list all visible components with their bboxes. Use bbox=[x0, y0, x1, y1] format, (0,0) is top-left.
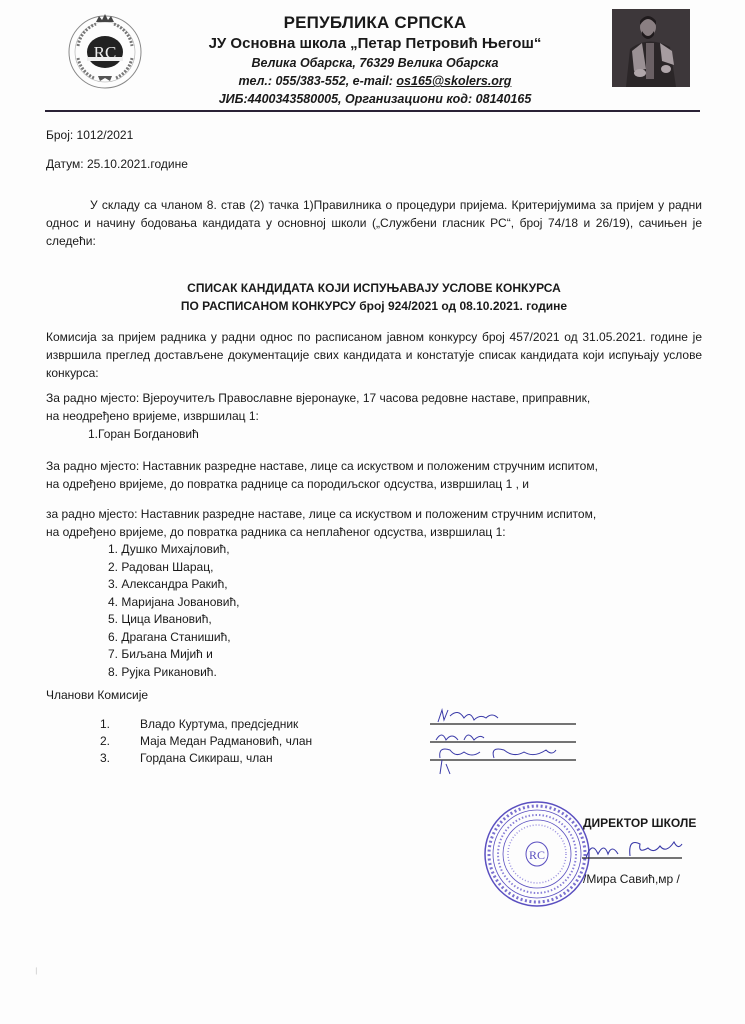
school-stamp-icon: RC bbox=[483, 800, 591, 908]
svg-text:RC: RC bbox=[94, 43, 117, 62]
candidate-item: 4. Маријана Јовановић, bbox=[108, 594, 239, 612]
intro-text: У складу са чланом 8. став (2) тачка 1)П… bbox=[46, 198, 702, 248]
candidate-item: 8. Рујка Рикановић. bbox=[108, 664, 239, 682]
position-1-terms: на неодређено вријеме, извршилац 1: bbox=[46, 407, 686, 425]
director-name: /Мира Савић,мр / bbox=[583, 872, 680, 886]
email-link[interactable]: os165@skolers.org bbox=[396, 74, 511, 88]
scan-artifact: ▏ bbox=[36, 968, 41, 975]
member-item: 1.Владо Куртума, предсједник bbox=[100, 716, 312, 733]
position-3-terms: на одређено вријеме, до повратка радника… bbox=[46, 523, 686, 541]
member-name: Маја Медан Радмановић, члан bbox=[140, 734, 312, 748]
document-date: Датум: 25.10.2021.године bbox=[46, 155, 188, 173]
candidate-item: 1.Горан Богдановић bbox=[46, 425, 686, 443]
commission-members-list: 1.Владо Куртума, предсједник 2.Маја Меда… bbox=[100, 716, 312, 767]
candidate-item: 3. Александра Ракић, bbox=[108, 576, 239, 594]
document-number: Број: 1012/2021 bbox=[46, 126, 133, 144]
position-3: за радно мјесто: Наставник разредне наст… bbox=[46, 505, 686, 541]
heading-line-2: ПО РАСПИСАНОМ КОНКУРСУ број 924/2021 од … bbox=[46, 297, 702, 315]
position-1: За радно мјесто: Вјероучитељ Православне… bbox=[46, 389, 686, 443]
candidate-item: 6. Драгана Станишић, bbox=[108, 629, 239, 647]
school-contact: тел.: 055/383-552, e-mail: os165@skolers… bbox=[160, 72, 590, 90]
njegos-portrait-image bbox=[612, 9, 690, 87]
republic-title: РЕПУБЛИКА СРПСКА bbox=[160, 12, 590, 34]
position-2-title: За радно мјесто: Наставник разредне наст… bbox=[46, 457, 686, 475]
position-3-title: за радно мјесто: Наставник разредне наст… bbox=[46, 505, 686, 523]
member-number: 2. bbox=[100, 733, 140, 750]
member-signatures bbox=[428, 706, 578, 776]
candidate-item: 1. Душко Михајловић, bbox=[108, 541, 239, 559]
member-number: 1. bbox=[100, 716, 140, 733]
letterhead: РЕПУБЛИКА СРПСКА ЈУ Основна школа „Петар… bbox=[160, 12, 590, 108]
republika-srpska-emblem-icon: RC bbox=[66, 10, 144, 90]
position-1-title: За радно мјесто: Вјероучитељ Православне… bbox=[46, 389, 686, 407]
header-divider bbox=[45, 110, 700, 112]
director-signature bbox=[578, 834, 686, 864]
member-number: 3. bbox=[100, 750, 140, 767]
school-address: Велика Обарска, 76329 Велика Обарска bbox=[160, 54, 590, 72]
document-page: RC РЕПУБЛИКА СРПСКА ЈУ Основна школа „Пе… bbox=[0, 0, 745, 1024]
position-2-terms: на одређено вријеме, до повратка раднице… bbox=[46, 475, 686, 493]
commission-members-title: Чланови Комисије bbox=[46, 686, 148, 704]
heading-line-1: СПИСАК КАНДИДАТА КОЈИ ИСПУЊАВАЈУ УСЛОВЕ … bbox=[46, 279, 702, 297]
member-item: 2.Маја Медан Радмановић, члан bbox=[100, 733, 312, 750]
director-title: ДИРЕКТОР ШКОЛЕ bbox=[583, 816, 696, 830]
contact-phone: тел.: 055/383-552, e-mail: bbox=[239, 74, 397, 88]
member-name: Гордана Сикираш, члан bbox=[140, 751, 273, 765]
intro-paragraph: У складу са чланом 8. став (2) тачка 1)П… bbox=[46, 196, 702, 250]
document-heading: СПИСАК КАНДИДАТА КОЈИ ИСПУЊАВАЈУ УСЛОВЕ … bbox=[46, 279, 702, 315]
commission-paragraph: Комисија за пријем радника у радни однос… bbox=[46, 328, 702, 382]
candidate-item: 2. Радован Шарац, bbox=[108, 559, 239, 577]
candidate-item: 5. Цица Ивановић, bbox=[108, 611, 239, 629]
school-ids: ЈИБ:4400343580005, Организациони код: 08… bbox=[160, 90, 590, 108]
candidate-item: 7. Биљана Мијић и bbox=[108, 646, 239, 664]
school-name: ЈУ Основна школа „Петар Петровић Његош“ bbox=[160, 34, 590, 54]
member-name: Владо Куртума, предсједник bbox=[140, 717, 298, 731]
svg-text:RC: RC bbox=[529, 848, 545, 862]
member-item: 3.Гордана Сикираш, члан bbox=[100, 750, 312, 767]
candidate-list: 1. Душко Михајловић, 2. Радован Шарац, 3… bbox=[108, 541, 239, 681]
position-2: За радно мјесто: Наставник разредне наст… bbox=[46, 457, 686, 493]
